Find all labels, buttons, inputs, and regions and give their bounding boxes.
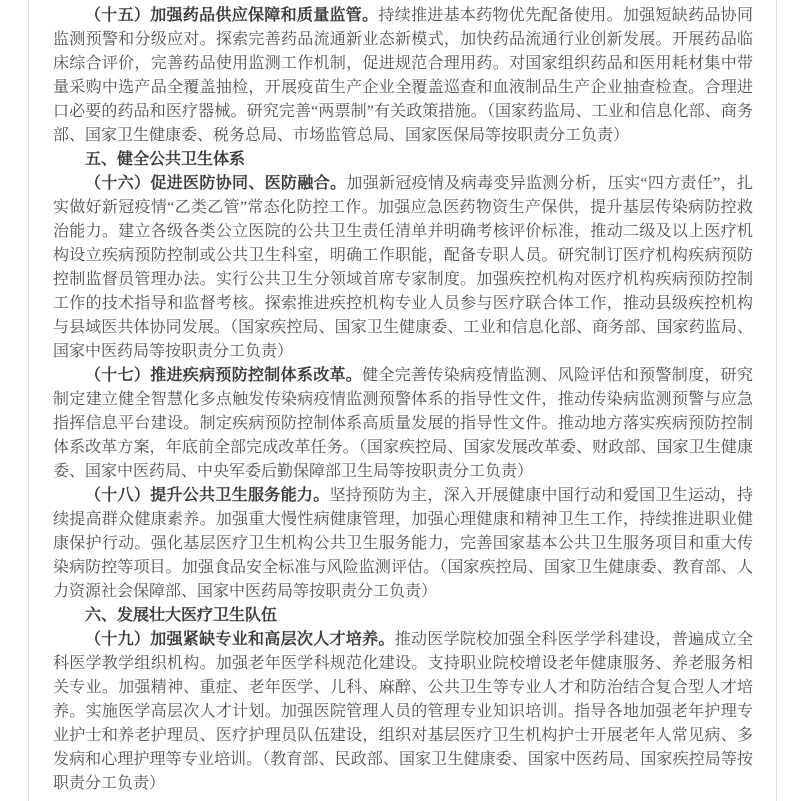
section-heading-6: 六、发展壮大医疗卫生队伍 [53,604,753,628]
paragraph-item-17: （十七）推进疾病预防控制体系改革。健全完善传染病疫情监测、风险评估和预警制度，研… [53,364,753,484]
paragraph-item-15: （十五）加强药品供应保障和质量监管。持续推进基本药物优先配备使用。加强短缺药品协… [53,4,753,148]
paragraph-item-16: （十六）促进医防协同、医防融合。加强新冠疫情及病毒变异监测分析，压实“四方责任”… [53,172,753,364]
section-heading-5: 五、健全公共卫生体系 [53,148,753,172]
paragraph-item-19-body: 推动医学院校加强全科医学学科建设，普遍成立全科医学教学组织机构。加强老年医学科规… [53,631,753,792]
document-page: （十五）加强药品供应保障和质量监管。持续推进基本药物优先配备使用。加强短缺药品协… [28,0,777,801]
paragraph-item-16-lead: （十六）促进医防协同、医防融合。 [85,175,346,192]
paragraph-item-17-lead: （十七）推进疾病预防控制体系改革。 [85,367,362,384]
paragraph-item-19: （十九）加强紧缺专业和高层次人才培养。推动医学院校加强全科医学学科建设，普遍成立… [53,628,753,796]
paragraph-item-19-lead: （十九）加强紧缺专业和高层次人才培养。 [85,631,395,648]
paragraph-item-18-lead: （十八）提升公共卫生服务能力。 [85,487,330,504]
paragraph-item-18: （十八）提升公共卫生服务能力。坚持预防为主，深入开展健康中国行动和爱国卫生运动，… [53,484,753,604]
paragraph-item-15-body: 持续推进基本药物优先配备使用。加强短缺药品协同监测预警和分级应对。探索完善药品流… [53,7,753,144]
paragraph-item-15-lead: （十五）加强药品供应保障和质量监管。 [85,7,378,24]
paragraph-item-16-body: 加强新冠疫情及病毒变异监测分析，压实“四方责任”，扎实做好新冠疫情“乙类乙管”常… [53,175,753,360]
